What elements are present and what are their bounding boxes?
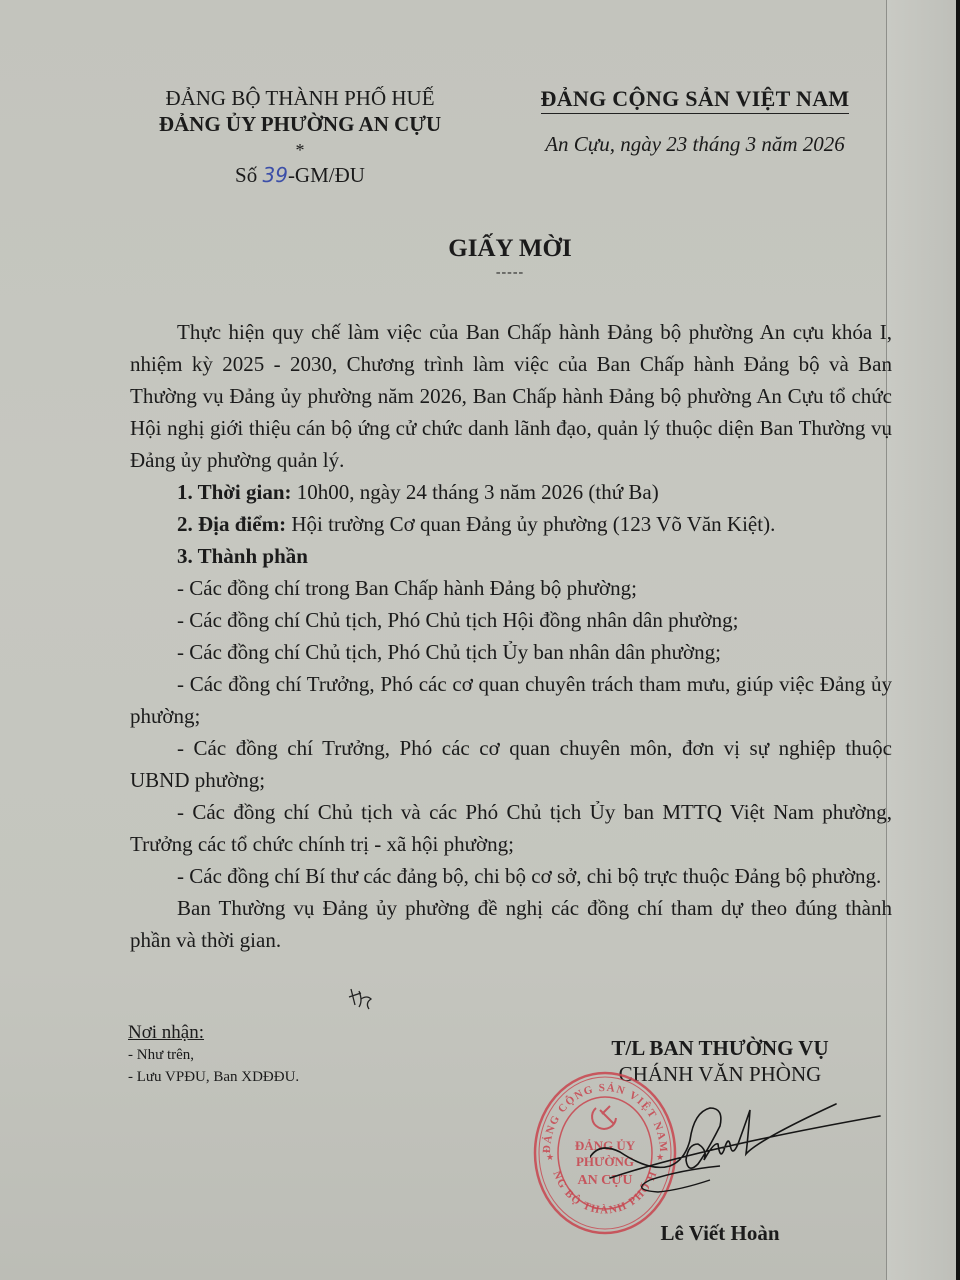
recipient-item: - Lưu VPĐU, Ban XDĐĐU. bbox=[128, 1066, 299, 1088]
recipient-item: - Như trên, bbox=[128, 1044, 299, 1066]
place-date: An Cựu, ngày 23 tháng 3 năm 2026 bbox=[510, 132, 880, 157]
attendee-item: - Các đồng chí Chủ tịch, Phó Chủ tịch Ủy… bbox=[130, 636, 892, 668]
intro-paragraph: Thực hiện quy chế làm việc của Ban Chấp … bbox=[130, 316, 892, 476]
title-separator: ----- bbox=[120, 265, 900, 281]
national-party-heading: ĐẢNG CỘNG SẢN VIỆT NAM bbox=[510, 86, 880, 112]
attendee-item: - Các đồng chí Chủ tịch, Phó Chủ tịch Hộ… bbox=[130, 604, 892, 636]
attendee-item: - Các đồng chí Bí thư các đảng bộ, chi b… bbox=[130, 860, 892, 892]
recipients-label: Nơi nhận: bbox=[128, 1022, 299, 1044]
handwritten-signature-icon bbox=[590, 1080, 890, 1220]
recipients-block: Nơi nhận: - Như trên, - Lưu VPĐU, Ban XD… bbox=[128, 1022, 299, 1088]
meeting-location: 2. Địa điểm: Hội trường Cơ quan Đảng ủy … bbox=[130, 508, 892, 540]
location-value: Hội trường Cơ quan Đảng ủy phường (123 V… bbox=[286, 512, 775, 536]
document-number: Số 39-GM/ĐU bbox=[120, 163, 480, 188]
signatory-on-behalf: T/L BAN THƯỜNG VỤ bbox=[540, 1036, 900, 1061]
time-label: 1. Thời gian: bbox=[177, 480, 292, 504]
handwritten-initials-icon bbox=[345, 985, 375, 1011]
background-edge bbox=[956, 0, 960, 1280]
document-body: Thực hiện quy chế làm việc của Ban Chấp … bbox=[130, 316, 892, 956]
svg-text:★: ★ bbox=[546, 1152, 554, 1162]
location-label: 2. Địa điểm: bbox=[177, 512, 286, 536]
doc-no-suffix: -GM/ĐU bbox=[288, 163, 365, 187]
signatory-name: Lê Viết Hoàn bbox=[540, 1221, 900, 1246]
doc-no-handwritten: 39 bbox=[262, 163, 287, 187]
closing-paragraph: Ban Thường vụ Đảng ủy phường đề nghị các… bbox=[130, 892, 892, 956]
attendee-item: - Các đồng chí Trưởng, Phó các cơ quan c… bbox=[130, 732, 892, 796]
page-margin-shade bbox=[887, 0, 958, 1280]
doc-no-prefix: Số bbox=[235, 163, 262, 187]
attendee-item: - Các đồng chí trong Ban Chấp hành Đảng … bbox=[130, 572, 892, 604]
attendee-item: - Các đồng chí Chủ tịch và các Phó Chủ t… bbox=[130, 796, 892, 860]
issuing-organization: ĐẢNG ỦY PHƯỜNG AN CỰU bbox=[120, 112, 480, 137]
meeting-time: 1. Thời gian: 10h00, ngày 24 tháng 3 năm… bbox=[130, 476, 892, 508]
attendees-heading: 3. Thành phần bbox=[130, 540, 892, 572]
document-title: GIẤY MỜI bbox=[120, 235, 900, 263]
national-party-text: ĐẢNG CỘNG SẢN VIỆT NAM bbox=[541, 86, 850, 114]
attendee-item: - Các đồng chí Trưởng, Phó các cơ quan c… bbox=[130, 668, 892, 732]
parent-organization: ĐẢNG BỘ THÀNH PHỐ HUẾ bbox=[120, 86, 480, 111]
time-value: 10h00, ngày 24 tháng 3 năm 2026 (thứ Ba) bbox=[292, 480, 659, 504]
header-separator: * bbox=[120, 140, 480, 161]
